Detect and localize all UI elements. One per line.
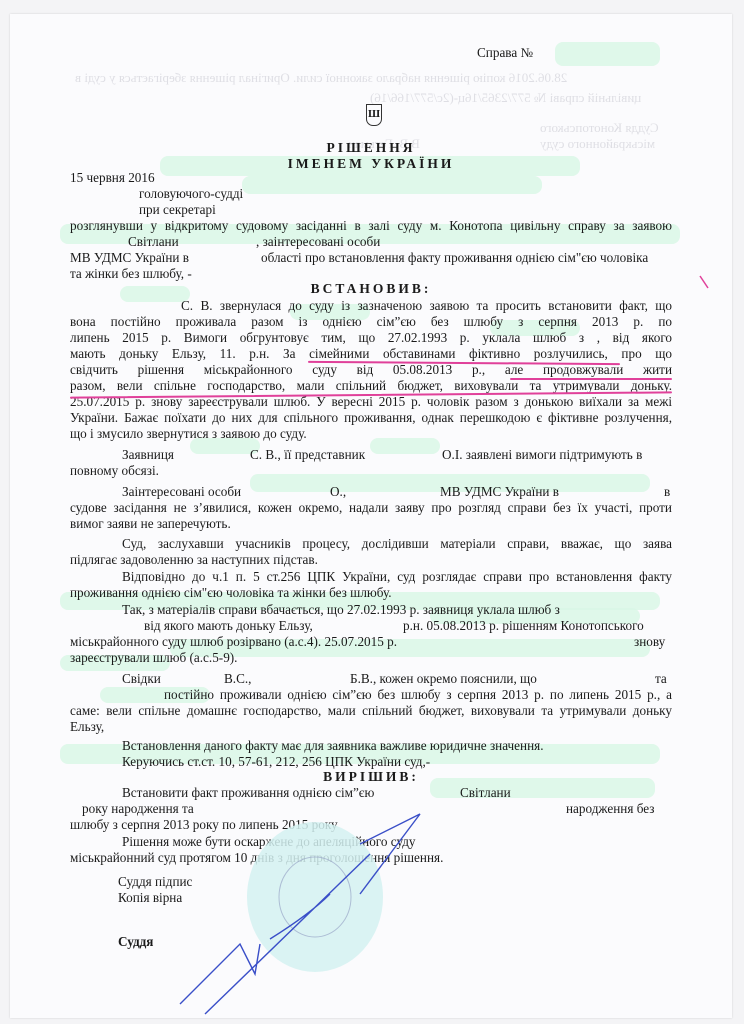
document-page: 28.06.2016 копію рішення набрало законно… (10, 14, 732, 1018)
stamp-and-signature (10, 14, 732, 1018)
court-stamp-icon (247, 822, 383, 972)
